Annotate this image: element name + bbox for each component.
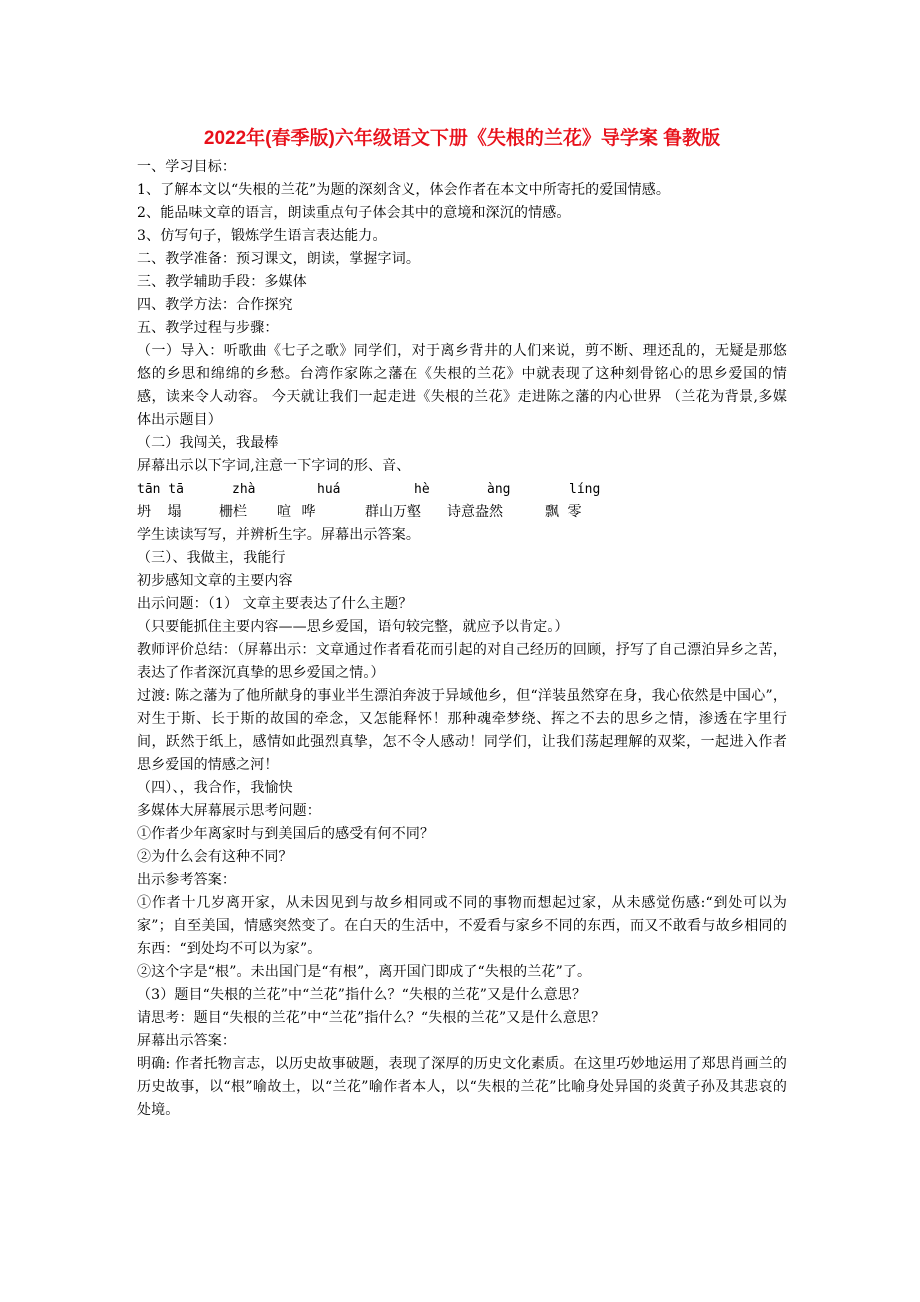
pinyin: tān tā [137,478,184,501]
part3-intro: 初步感知文章的主要内容 [137,570,787,593]
section-heading-process: 五、教学过程与步骤： [137,317,787,340]
vocab-word: 栅栏 [219,501,247,524]
part3-transition: 过渡: 陈之藩为了他所献身的事业半生漂泊奔波于异域他乡，但“洋装虽然穿在身，我心… [137,685,787,777]
part2-heading: （二）我闯关，我最棒 [137,432,787,455]
pinyin: àng [487,478,510,501]
vocabulary-row: 坍 塌 栅栏 喧 哗 群山万壑 诗意盎然 飘 零 [137,501,787,524]
part2-instruction: 屏幕出示以下字词,注意一下字词的形、音、 [137,455,787,478]
part4-heading: （四）、，我合作，我愉快 [137,777,787,800]
section-teaching-aids: 三、教学辅助手段：多媒体 [137,271,787,294]
part4-answer-label2: 屏幕出示答案： [137,1030,787,1053]
pinyin: zhà [232,478,255,501]
section-preparation: 二、教学准备：预习课文，朗读，掌握字词。 [137,248,787,271]
part3-summary: 教师评价总结：（屏幕出示：文章通过作者看花而引起的对自己经历的回顾，抒写了自己漂… [137,639,787,685]
section-teaching-method: 四、教学方法：合作探究 [137,294,787,317]
part3-heading: （三）、我做主，我能行 [137,547,787,570]
document-page: 2022年(春季版)六年级语文下册《失根的兰花》导学案 鲁教版 一、学习目标： … [137,122,787,1122]
document-title: 2022年(春季版)六年级语文下册《失根的兰花》导学案 鲁教版 [127,122,797,156]
pinyin: líng [569,478,600,501]
part1-introduction: （一）导入：听歌曲《七子之歌》同学们，对于离乡背井的人们来说，剪不断、理还乱的，… [137,340,787,432]
part4-answer-label: 出示参考答案： [137,869,787,892]
vocab-word: 群山万壑 [365,501,421,524]
part3-note: （只要能抓住主要内容——思乡爱国，语句较完整，就应予以肯定。） [137,616,787,639]
pinyin: huá [317,478,340,501]
part4-answer: ①作者十几岁离开家，从未因见到与故乡相同或不同的事物而想起过家，从未感觉伤感:“… [137,892,787,961]
vocab-word: 坍 塌 [137,501,187,524]
vocab-word: 喧 哗 [277,501,318,524]
objective-item: 1、了解本文以“失根的兰花”为题的深刻含义，体会作者在本文中所寄托的爱国情感。 [137,179,787,202]
part4-intro: 多媒体大屏幕展示思考问题： [137,800,787,823]
section-heading-objectives: 一、学习目标： [137,156,787,179]
pinyin-row: tān tā zhà huá hè àng líng [137,478,787,501]
objective-item: 2、能品味文章的语言，朗读重点句子体会其中的意境和深沉的情感。 [137,202,787,225]
pinyin: hè [414,478,430,501]
part3-question: 出示问题：（1） 文章主要表达了什么主题？ [137,593,787,616]
part4-answer: ②这个字是“根”。未出国门是“有根”，离开国门即成了“失根的兰花”了。 [137,961,787,984]
part2-after: 学生读读写写，并辨析生字。屏幕出示答案。 [137,524,787,547]
part4-conclusion: 明确: 作者托物言志，以历史故事破题，表现了深厚的历史文化素质。在这里巧妙地运用… [137,1053,787,1122]
part4-think: 请思考：题目“失根的兰花”中“兰花”指什么？“失根的兰花”又是什么意思？ [137,1007,787,1030]
part4-question3: （3）题目“失根的兰花”中“兰花”指什么？“失根的兰花”又是什么意思？ [137,984,787,1007]
objective-item: 3、仿写句子，锻炼学生语言表达能力。 [137,225,787,248]
vocab-word: 诗意盎然 [447,501,503,524]
part4-question: ①作者少年离家时与到美国后的感受有何不同？ [137,823,787,846]
vocab-word: 飘 零 [545,501,583,524]
part4-question: ②为什么会有这种不同？ [137,846,787,869]
